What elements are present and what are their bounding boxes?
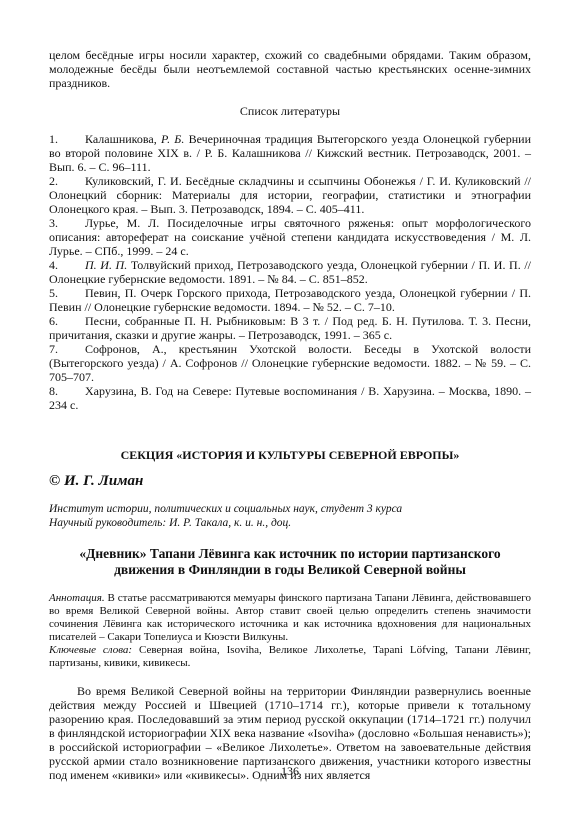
keywords: Ключевые слова: Северная война, Isoviha,… <box>49 644 531 670</box>
bibliography-item: 7.Софронов, А., крестьянин Ухотской воло… <box>49 342 531 384</box>
bibliography-item: 8.Харузина, В. Год на Севере: Путевые во… <box>49 384 531 412</box>
bibliography-item-text: Калашникова, <box>85 132 161 146</box>
bibliography-item: 6.Песни, собранные П. Н. Рыбниковым: В 3… <box>49 314 531 342</box>
bibliography-item-text: Певин, П. Очерк Горского прихода, Петроз… <box>49 286 531 314</box>
bibliography-item-italic: П. И. П. <box>85 258 127 272</box>
author-name: © И. Г. Лиман <box>49 472 531 490</box>
author-affiliation: Институт истории, политических и социаль… <box>49 502 531 516</box>
abstract: Аннотация. В статье рассматриваются мему… <box>49 592 531 644</box>
bibliography-item: 4.П. И. П. Толвуйский приход, Петрозавод… <box>49 258 531 286</box>
bibliography-item-text: Харузина, В. Год на Севере: Путевые восп… <box>49 384 531 412</box>
bibliography-item-text: Софронов, А., крестьянин Ухотской волост… <box>49 342 531 384</box>
bibliography-item-number: 7. <box>49 342 85 356</box>
scientific-supervisor: Научный руководитель: И. Р. Такала, к. и… <box>49 516 531 530</box>
bibliography-item: 5.Певин, П. Очерк Горского прихода, Петр… <box>49 286 531 314</box>
bibliography-item-text: Песни, собранные П. Н. Рыбниковым: В 3 т… <box>49 314 531 342</box>
intro-paragraph: целом бесёдные игры носили характер, схо… <box>49 48 531 90</box>
bibliography-item: 1.Калашникова, Р. Б. Вечериночная традиц… <box>49 132 531 174</box>
bibliography-item-italic: Р. Б. <box>161 132 184 146</box>
bibliography-item: 3.Лурье, М. Л. Посиделочные игры святочн… <box>49 216 531 258</box>
bibliography-item-number: 3. <box>49 216 85 230</box>
bibliography-item: 2.Куликовский, Г. И. Бесёдные складчины … <box>49 174 531 216</box>
page-number: 136 <box>0 764 580 779</box>
bibliography-title: Список литературы <box>49 104 531 118</box>
bibliography-item-number: 6. <box>49 314 85 328</box>
abstract-text: В статье рассматриваются мемуары финског… <box>49 592 531 643</box>
keywords-label: Ключевые слова: <box>49 644 132 656</box>
bibliography-item-number: 2. <box>49 174 85 188</box>
bibliography-item-number: 8. <box>49 384 85 398</box>
document-page: целом бесёдные игры носили характер, схо… <box>49 48 531 782</box>
bibliography-item-number: 5. <box>49 286 85 300</box>
bibliography-item-text: Куликовский, Г. И. Бесёдные складчины и … <box>49 174 531 216</box>
article-title: «Дневник» Тапани Лёвинга как источник по… <box>69 546 511 578</box>
bibliography-item-number: 4. <box>49 258 85 272</box>
bibliography-item-text: Лурье, М. Л. Посиделочные игры святочног… <box>49 216 531 258</box>
bibliography-item-number: 1. <box>49 132 85 146</box>
bibliography-list: 1.Калашникова, Р. Б. Вечериночная традиц… <box>49 132 531 412</box>
abstract-label: Аннотация. <box>49 592 105 604</box>
section-heading: СЕКЦИЯ «ИСТОРИЯ И КУЛЬТУРЫ СЕВЕРНОЙ ЕВРО… <box>49 448 531 462</box>
